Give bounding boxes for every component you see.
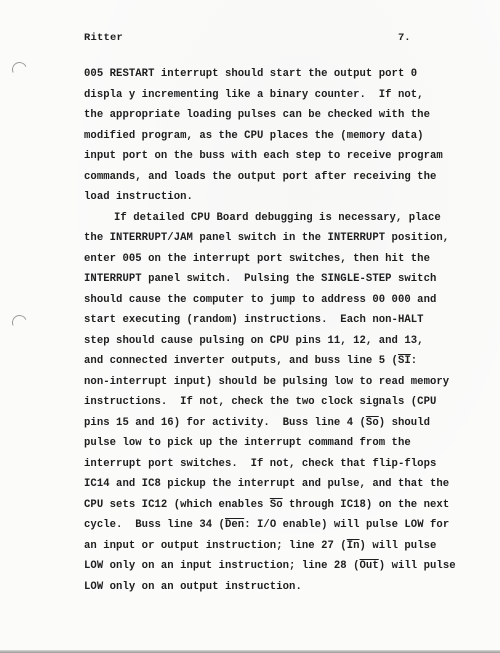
text-line: 005 RESTART interrupt should start the o… xyxy=(84,67,417,81)
text-line-continuation: ) will pulse xyxy=(360,540,437,552)
text-line-content: displa y incrementing like a binary coun… xyxy=(84,89,424,101)
overlined-signal-name: SI xyxy=(398,355,411,367)
text-line: and connected inverter outputs, and buss… xyxy=(84,354,417,368)
text-line-content: instructions. If not, check the two cloc… xyxy=(84,396,436,408)
text-line-content: LOW only on an input instruction; line 2… xyxy=(84,560,360,572)
header-author: Ritter xyxy=(84,32,123,44)
text-line: displa y incrementing like a binary coun… xyxy=(84,88,424,102)
text-line: load instruction. xyxy=(84,190,193,204)
text-line: step should cause pulsing on CPU pins 11… xyxy=(84,334,424,348)
text-line: If detailed CPU Board debugging is neces… xyxy=(114,211,441,225)
binder-hole-mark-top xyxy=(10,60,29,79)
text-line-content: 005 RESTART interrupt should start the o… xyxy=(84,68,417,80)
text-line: modified program, as the CPU places the … xyxy=(84,129,424,143)
text-line-continuation: : xyxy=(411,355,417,367)
text-line: enter 005 on the interrupt port switches… xyxy=(84,252,430,266)
text-line-continuation: ) should xyxy=(379,417,430,429)
text-line: IC14 and IC8 pickup the interrupt and pu… xyxy=(84,477,449,491)
text-line-content: cycle. Buss line 34 ( xyxy=(84,519,225,531)
text-line: LOW only on an output instruction. xyxy=(84,580,302,594)
text-line-content: load instruction. xyxy=(84,191,193,203)
text-line-content: step should cause pulsing on CPU pins 11… xyxy=(84,335,424,347)
text-line-continuation: through IC18) on the next xyxy=(283,499,450,511)
text-line-content: pulse low to pick up the interrupt comma… xyxy=(84,437,411,449)
text-line: cycle. Buss line 34 (Den: I/O enable) wi… xyxy=(84,518,449,532)
text-line: pins 15 and 16) for activity. Buss line … xyxy=(84,416,430,430)
document-page: Ritter 7. 005 RESTART interrupt should s… xyxy=(0,0,500,653)
text-line-content: the INTERRUPT/JAM panel switch in the IN… xyxy=(84,232,449,244)
text-line-content: start executing (random) instructions. E… xyxy=(84,314,424,326)
text-line: CPU sets IC12 (which enables So through … xyxy=(84,498,449,512)
text-line-content: input port on the buss with each step to… xyxy=(84,150,443,162)
text-line-content: and connected inverter outputs, and buss… xyxy=(84,355,398,367)
overlined-signal-name: Den xyxy=(225,519,244,531)
text-line-content: IC14 and IC8 pickup the interrupt and pu… xyxy=(84,478,449,490)
text-line-continuation: : I/O enable) will pulse LOW for xyxy=(244,519,449,531)
text-line: input port on the buss with each step to… xyxy=(84,149,443,163)
text-line-content: If detailed CPU Board debugging is neces… xyxy=(114,212,441,224)
text-line: interrupt port switches. If not, check t… xyxy=(84,457,436,471)
text-line: LOW only on an input instruction; line 2… xyxy=(84,559,456,573)
text-line-continuation: ) will pulse xyxy=(379,560,456,572)
text-line-content: interrupt port switches. If not, check t… xyxy=(84,458,436,470)
text-line-content: the appropriate loading pulses can be ch… xyxy=(84,109,430,121)
text-line: INTERRUPT panel switch. Pulsing the SING… xyxy=(84,272,436,286)
overlined-signal-name: So xyxy=(270,499,283,511)
text-line: the INTERRUPT/JAM panel switch in the IN… xyxy=(84,231,449,245)
text-line: non-interrupt input) should be pulsing l… xyxy=(84,375,449,389)
text-line-content: should cause the computer to jump to add… xyxy=(84,294,436,306)
text-line-content: pins 15 and 16) for activity. Buss line … xyxy=(84,417,366,429)
text-line-content: an input or output instruction; line 27 … xyxy=(84,540,347,552)
text-line: pulse low to pick up the interrupt comma… xyxy=(84,436,411,450)
overlined-signal-name: So xyxy=(366,417,379,429)
page-number: 7. xyxy=(398,32,411,44)
text-line: an input or output instruction; line 27 … xyxy=(84,539,436,553)
text-line-content: commands, and loads the output port afte… xyxy=(84,171,436,183)
text-line-content: modified program, as the CPU places the … xyxy=(84,130,424,142)
text-line: instructions. If not, check the two cloc… xyxy=(84,395,436,409)
binder-hole-mark-middle xyxy=(10,313,29,332)
text-line-content: INTERRUPT panel switch. Pulsing the SING… xyxy=(84,273,436,285)
text-line-content: CPU sets IC12 (which enables xyxy=(84,499,270,511)
text-line: should cause the computer to jump to add… xyxy=(84,293,436,307)
text-line-content: enter 005 on the interrupt port switches… xyxy=(84,253,430,265)
overlined-signal-name: In xyxy=(347,540,360,552)
text-line-content: LOW only on an output instruction. xyxy=(84,581,302,593)
overlined-signal-name: Out xyxy=(360,560,379,572)
text-line-content: non-interrupt input) should be pulsing l… xyxy=(84,376,449,388)
text-line: start executing (random) instructions. E… xyxy=(84,313,424,327)
text-line: the appropriate loading pulses can be ch… xyxy=(84,108,430,122)
text-line: commands, and loads the output port afte… xyxy=(84,170,436,184)
